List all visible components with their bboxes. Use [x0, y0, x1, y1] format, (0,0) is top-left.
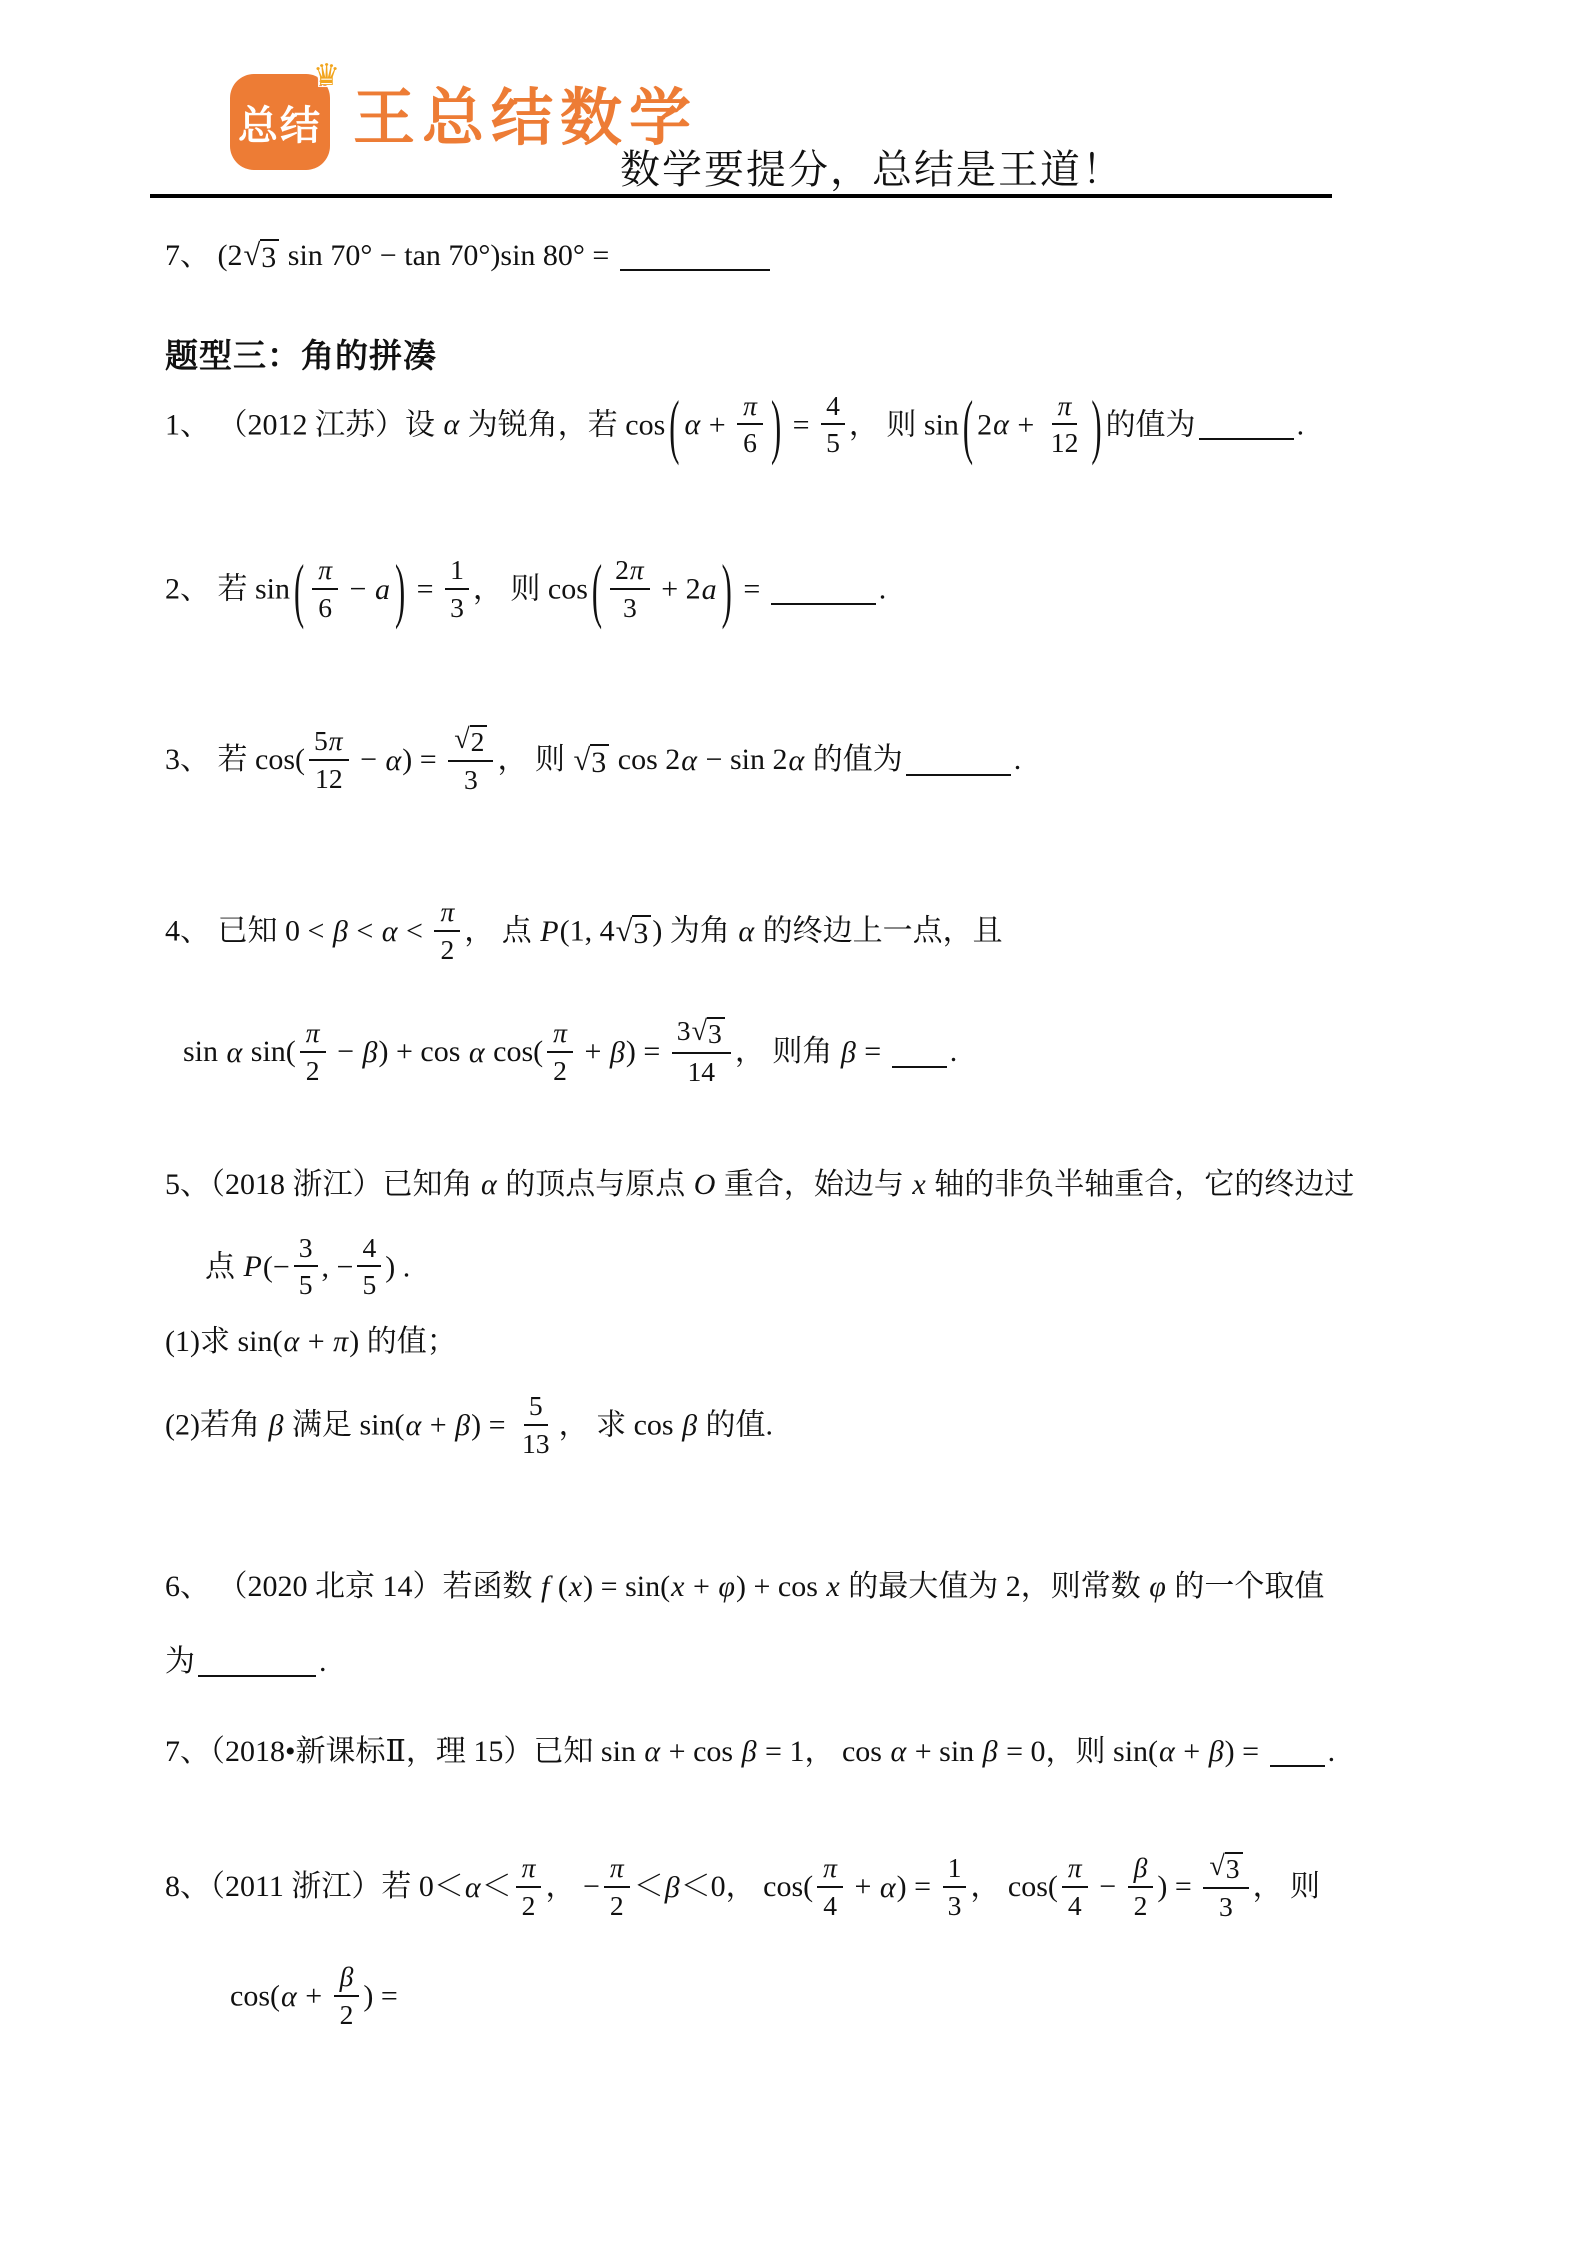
math-variable: α	[468, 1036, 486, 1069]
math-text: +	[1010, 408, 1042, 441]
math-function: sin	[730, 744, 773, 777]
math-text: 3	[450, 592, 464, 623]
math-function: cos	[610, 744, 665, 777]
fraction-denominator: 2	[1129, 1888, 1153, 1922]
math-text: −	[330, 1036, 362, 1069]
math-function: cos	[693, 1735, 741, 1768]
math-text: .	[319, 1645, 327, 1678]
big-paren: (	[294, 556, 304, 628]
radicand: 3	[707, 1017, 725, 1050]
math-text: 的值为	[805, 744, 903, 777]
math-variable: β	[741, 1735, 758, 1768]
math-variable: α	[879, 1871, 897, 1904]
fraction-denominator: 3	[445, 590, 469, 624]
math-text: ， 则	[1253, 1871, 1321, 1904]
math-text: ) 的值；	[349, 1325, 457, 1358]
math-variable: α	[1158, 1735, 1176, 1768]
problem-4-line: sin α sin(π2 − β) + cos α cos(π2 + β) = …	[165, 1018, 1437, 1091]
math-text: 轴的非负半轴重合，它的终边过	[927, 1168, 1355, 1201]
math-variable: β	[362, 1036, 379, 1069]
fraction: π2	[604, 1852, 630, 1921]
math-text: −	[342, 573, 374, 606]
math-variable: β	[1133, 1852, 1149, 1883]
big-paren: )	[395, 556, 405, 628]
math-text: 8、（2011 浙江）若 0＜	[165, 1871, 464, 1904]
math-text: 1	[450, 554, 464, 585]
math-function: sin	[359, 1409, 394, 1442]
fraction-numerator: √2	[448, 723, 493, 762]
problem-7-carryover-line: 7、 (2√3 sin 70° − tan 70°)sin 80° =	[165, 234, 1437, 278]
math-text: ) =	[1225, 1735, 1267, 1768]
math-text: 2	[772, 744, 787, 777]
problem-7-line: 7、（2018•新课标Ⅱ，理 15）已知 sin α + cos β = 1， …	[165, 1730, 1437, 1774]
brand-name: 王总结数学	[353, 88, 698, 150]
math-function: sin	[924, 408, 959, 441]
math-variable: β	[609, 1036, 626, 1069]
math-function: cos	[486, 1036, 534, 1069]
math-variable: π	[305, 1017, 321, 1048]
math-text: ) .	[385, 1250, 410, 1283]
math-text: 满足	[284, 1409, 359, 1442]
math-text: 7、（2018•新课标Ⅱ，理 15）已知	[165, 1735, 601, 1768]
fraction: √33	[1203, 1850, 1248, 1923]
math-function: cos	[255, 744, 295, 777]
math-variable: π	[439, 896, 455, 927]
fraction-numerator: π	[737, 390, 763, 426]
math-text: , −	[322, 1250, 354, 1283]
fraction-numerator: 4	[821, 390, 845, 426]
math-text: ) =	[626, 1036, 668, 1069]
math-variable: P	[243, 1250, 263, 1283]
big-paren: (	[592, 556, 602, 628]
math-variable: π	[609, 1852, 625, 1883]
logo-badge-text: 总结	[238, 94, 322, 151]
problem-3-line: 3、 若 cos(5π12 − α) = √23， 则 √3 cos 2α − …	[165, 726, 1437, 799]
math-text: 4	[823, 1890, 837, 1921]
math-text: 3	[261, 241, 276, 274]
math-variable: β	[681, 1409, 698, 1442]
math-text: 2	[977, 408, 992, 441]
math-text: 80° =	[543, 239, 617, 272]
math-text: 2	[306, 1055, 320, 1086]
math-text: (	[660, 1570, 670, 1603]
radicand: 2	[470, 725, 488, 758]
math-function: cos	[548, 573, 588, 606]
math-text: (	[550, 1570, 568, 1603]
math-text: (	[394, 1409, 404, 1442]
section-heading: 题型三：角的拼凑	[165, 330, 1437, 377]
math-text: (2)若角	[165, 1409, 267, 1442]
fraction-numerator: 5π	[309, 725, 349, 761]
sqrt: √3	[244, 239, 280, 275]
fraction-denominator: 2	[548, 1053, 572, 1087]
math-text: 的值.	[698, 1409, 773, 1442]
problem-5-line: (2)若角 β 满足 sin(α + β) = 513， 求 cos β 的值.	[165, 1393, 1437, 1462]
math-text: 3	[299, 1232, 313, 1263]
math-text: −	[1092, 1871, 1124, 1904]
math-text: ) =	[583, 1570, 625, 1603]
problem-5-line: 5、（2018 浙江）已知角 α 的顶点与原点 O 重合，始边与 x 轴的非负半…	[165, 1163, 1437, 1207]
math-text: ) =	[1157, 1871, 1199, 1904]
math-variable: x	[911, 1168, 926, 1201]
math-text: ， 则	[473, 573, 548, 606]
fraction-denominator: 5	[821, 425, 845, 459]
math-text: 3	[677, 1015, 691, 1046]
fraction-numerator: 5	[524, 1390, 548, 1426]
answer-blank	[1270, 1735, 1325, 1767]
math-text: 2	[553, 1055, 567, 1086]
math-text: +	[685, 1570, 717, 1603]
math-text: ＜0，	[681, 1871, 764, 1904]
math-variable: a	[374, 573, 391, 606]
math-variable: α	[404, 1409, 422, 1442]
math-text: 为锐角，若	[460, 408, 625, 441]
math-text: +	[847, 1871, 879, 1904]
math-variable: O	[693, 1168, 717, 1201]
fraction-numerator: π	[516, 1852, 542, 1888]
math-text: 5	[826, 427, 840, 458]
math-text: +	[701, 408, 733, 441]
math-text: 14	[688, 1056, 716, 1087]
header: ♛ 总结 王总结数学 数学要提分，总结是王道！	[165, 62, 1437, 194]
math-text: 3、 若	[165, 744, 255, 777]
math-text: (	[295, 744, 305, 777]
math-variable: β	[267, 1409, 284, 1442]
math-variable: α	[443, 408, 461, 441]
logo-badge: ♛ 总结	[230, 74, 330, 170]
fraction-denominator: 3	[618, 590, 642, 624]
fraction-denominator: 3	[1214, 1889, 1238, 1923]
problem-4-line: 4、 已知 0 < β < α < π2， 点 P(1, 4√3) 为角 α 的…	[165, 899, 1437, 968]
math-text: + 2	[654, 573, 701, 606]
math-text: ， 则角	[735, 1036, 840, 1069]
math-function: sin	[280, 239, 330, 272]
math-variable: P	[539, 915, 559, 948]
math-text: 70°)	[448, 239, 500, 272]
fraction-denominator: 3	[943, 1888, 967, 1922]
math-function: sin	[255, 573, 290, 606]
math-variable: π	[742, 390, 758, 421]
math-variable: π	[317, 554, 333, 585]
sqrt: √3	[573, 744, 609, 780]
math-function: sin	[939, 1735, 982, 1768]
problem-5-line: (1)求 sin(α + π) 的值；	[165, 1320, 1437, 1364]
fraction-numerator: 3√3	[672, 1015, 731, 1054]
math-text: ) 为角	[652, 915, 737, 948]
math-variable: φ	[1148, 1570, 1167, 1603]
math-text: (1)求	[165, 1325, 237, 1358]
fraction-numerator: 1	[943, 1852, 967, 1888]
math-text: ，	[970, 1871, 1008, 1904]
math-text: (	[273, 1325, 283, 1358]
math-variable: π	[332, 1325, 349, 1358]
math-text: 3	[591, 746, 606, 779]
math-text: =	[857, 1036, 889, 1069]
math-variable: π	[1057, 390, 1073, 421]
math-text: +	[661, 1735, 693, 1768]
math-variable: α	[280, 1980, 298, 2013]
math-function: sin	[237, 1325, 272, 1358]
radical-icon: √	[454, 725, 469, 755]
fraction-denominator: 13	[517, 1426, 555, 1460]
math-text: +	[1176, 1735, 1208, 1768]
math-text: =	[409, 573, 441, 606]
math-text: (	[1148, 1735, 1158, 1768]
fraction-numerator: π	[604, 1852, 630, 1888]
math-text: <	[399, 915, 431, 948]
math-variable: α	[889, 1735, 907, 1768]
math-function: cos	[842, 1735, 890, 1768]
fraction-denominator: 5	[357, 1267, 381, 1301]
math-text: =	[785, 408, 817, 441]
fraction: 45	[357, 1232, 381, 1301]
math-variable: α	[787, 744, 805, 777]
math-text: = 0，则	[999, 1735, 1113, 1768]
sqrt: √2	[454, 725, 487, 758]
math-text: ) =	[471, 1409, 513, 1442]
crown-icon: ♛	[313, 58, 340, 93]
fraction-denominator: 4	[818, 1888, 842, 1922]
math-text: 1、 （2012 江苏）设	[165, 408, 443, 441]
math-text: 2	[471, 726, 485, 757]
big-paren: )	[771, 391, 781, 463]
math-text: +	[577, 1036, 609, 1069]
math-text: +	[298, 1980, 330, 2013]
math-text: .	[950, 1036, 958, 1069]
fraction: √23	[448, 723, 493, 796]
math-text: 12	[1051, 427, 1079, 458]
math-text: 4	[1068, 1890, 1082, 1921]
math-text: 7、 (2	[165, 239, 243, 272]
radical-icon: √	[616, 915, 633, 947]
radicand: 3	[260, 239, 279, 275]
math-text: 3	[1219, 1891, 1233, 1922]
math-variable: x	[670, 1570, 685, 1603]
math-variable: β	[664, 1871, 681, 1904]
math-text: 2、 若	[165, 573, 255, 606]
math-text: 的顶点与原点	[498, 1168, 693, 1201]
problem-1-line: 1、 （2012 江苏）设 α 为锐角，若 cos(α + π6) = 45， …	[165, 393, 1437, 462]
math-variable: α	[385, 744, 403, 777]
math-text: (	[533, 1036, 543, 1069]
math-variable: α	[283, 1325, 301, 1358]
math-variable: β	[454, 1409, 471, 1442]
fraction-numerator: π	[300, 1017, 326, 1053]
fraction-denominator: 2	[435, 932, 459, 966]
math-variable: β	[339, 1961, 355, 1992]
tagline: 数学要提分，总结是王道！	[620, 150, 1124, 190]
math-text: ) +	[378, 1036, 420, 1069]
math-variable: α	[683, 408, 701, 441]
math-variable: π	[822, 1852, 838, 1883]
fraction: π4	[1062, 1852, 1088, 1921]
math-text: 3	[633, 917, 648, 950]
math-function: sin	[625, 1570, 660, 1603]
math-text: −	[698, 744, 730, 777]
math-function: cos	[420, 1036, 468, 1069]
math-text: .	[1014, 744, 1022, 777]
math-text: ， 则	[849, 408, 924, 441]
math-function: tan	[404, 239, 448, 272]
math-text: ) =	[363, 1980, 397, 2013]
math-text: 6	[743, 427, 757, 458]
fraction-numerator: √3	[1203, 1850, 1248, 1889]
fraction-numerator: 2π	[610, 554, 650, 590]
fraction: β2	[1128, 1852, 1154, 1921]
math-function: cos	[778, 1570, 826, 1603]
big-paren: (	[963, 391, 973, 463]
math-text: 6、 （2020 北京 14）若函数	[165, 1570, 540, 1603]
answer-blank	[198, 1646, 316, 1678]
big-paren: (	[669, 391, 679, 463]
sqrt: √3	[692, 1017, 725, 1050]
math-variable: α	[680, 744, 698, 777]
math-variable: x	[568, 1570, 583, 1603]
math-text: 的一个取值	[1167, 1570, 1325, 1603]
math-text: 3	[464, 764, 478, 795]
math-function: sin	[601, 1735, 644, 1768]
math-variable: β	[1208, 1735, 1225, 1768]
math-function: cos	[625, 408, 665, 441]
fraction-numerator: π	[434, 896, 460, 932]
math-text: +	[422, 1409, 454, 1442]
math-variable: x	[825, 1570, 840, 1603]
fraction-denominator: 12	[310, 761, 348, 795]
fraction: 513	[517, 1390, 555, 1459]
worksheet-page: ♛ 总结 王总结数学 数学要提分，总结是王道！ 7、 (2√3 sin 70° …	[0, 0, 1587, 2245]
answer-blank	[1199, 409, 1294, 441]
math-text: (1, 4	[560, 915, 615, 948]
fraction: π6	[737, 390, 763, 459]
math-text: (−	[263, 1250, 290, 1283]
math-text: ＜	[634, 1871, 664, 1904]
math-text: 的终边上一点，且	[755, 915, 1003, 948]
fraction-numerator: 3	[294, 1232, 318, 1268]
fraction-denominator: 2	[335, 1997, 359, 2031]
problem-list: 7、 (2√3 sin 70° − tan 70°)sin 80° = 题型三：…	[165, 234, 1437, 2033]
math-text: 4	[362, 1232, 376, 1263]
math-text: 点	[205, 1250, 243, 1283]
problem-6-line: 6、 （2020 北京 14）若函数 f (x) = sin(x + φ) + …	[165, 1565, 1437, 1609]
math-variable: π	[552, 1017, 568, 1048]
fraction-denominator: 2	[605, 1888, 629, 1922]
fraction-numerator: β	[334, 1961, 360, 1997]
answer-blank	[892, 1036, 947, 1068]
fraction: β2	[334, 1961, 360, 2030]
math-text: 5	[362, 1269, 376, 1300]
math-text: (	[1048, 1871, 1058, 1904]
fraction: 13	[943, 1852, 967, 1921]
math-variable: β	[982, 1735, 999, 1768]
problem-6-line: 为.	[165, 1640, 1437, 1684]
fraction: π2	[300, 1017, 326, 1086]
math-text: 3	[1226, 1853, 1240, 1884]
fraction-denominator: 4	[1063, 1888, 1087, 1922]
radical-icon: √	[244, 239, 261, 271]
math-variable: α	[643, 1735, 661, 1768]
math-variable: α	[480, 1168, 498, 1201]
math-text: 5、（2018 浙江）已知角	[165, 1168, 480, 1201]
answer-blank	[771, 573, 876, 605]
math-variable: α	[464, 1871, 482, 1904]
fraction-numerator: π	[547, 1017, 573, 1053]
math-text: ) =	[402, 744, 444, 777]
fraction: π6	[312, 554, 338, 623]
math-text: 70° −	[330, 239, 404, 272]
math-text: +	[300, 1325, 332, 1358]
math-text: 重合，始边与	[716, 1168, 911, 1201]
problem-5-line: 点 P(−35, −45) .	[165, 1235, 1437, 1304]
math-text: 2	[1134, 1890, 1148, 1921]
radical-icon: √	[573, 744, 590, 776]
math-function: sin	[243, 1036, 286, 1069]
fraction-denominator: 2	[517, 1888, 541, 1922]
fraction-denominator: 14	[683, 1054, 721, 1088]
math-text: 4、 已知 0 <	[165, 915, 332, 948]
fraction-numerator: 1	[445, 554, 469, 590]
math-text: 的最大值为 2，则常数	[841, 1570, 1149, 1603]
math-variable: α	[992, 408, 1010, 441]
fraction-denominator: 5	[294, 1267, 318, 1301]
sqrt: √3	[1209, 1852, 1242, 1885]
math-function: cos	[634, 1409, 682, 1442]
math-function: sin	[500, 239, 543, 272]
fraction-numerator: 4	[357, 1232, 381, 1268]
math-function: cos	[230, 1980, 270, 2013]
math-text: 为	[165, 1645, 195, 1678]
math-text: = 1，	[758, 1735, 842, 1768]
radical-icon: √	[1209, 1852, 1224, 1882]
math-function: sin	[1113, 1735, 1148, 1768]
fraction-denominator: 6	[738, 425, 762, 459]
math-text: 6	[318, 592, 332, 623]
fraction-numerator: π	[1052, 390, 1078, 426]
math-variable: f	[540, 1570, 550, 1603]
math-text: 5	[529, 1390, 543, 1421]
fraction: 3√314	[672, 1015, 731, 1088]
math-text: 4	[826, 390, 840, 421]
math-text: 5	[299, 1269, 313, 1300]
math-text: =	[736, 573, 768, 606]
fraction-numerator: β	[1128, 1852, 1154, 1888]
math-variable: a	[701, 573, 718, 606]
math-variable: π	[521, 1852, 537, 1883]
math-text: 2	[665, 744, 680, 777]
answer-blank	[620, 240, 770, 272]
fraction: 5π12	[309, 725, 349, 794]
math-text: .	[1328, 1735, 1336, 1768]
math-text: 5	[314, 725, 328, 756]
fraction-numerator: π	[817, 1852, 843, 1888]
math-text: <	[349, 915, 381, 948]
math-text: 3	[623, 592, 637, 623]
problem-8-line: 8、（2011 浙江）若 0＜α＜π2， −π2＜β＜0， cos(π4 + α…	[165, 1853, 1437, 1926]
math-text: 13	[522, 1428, 550, 1459]
fraction: π2	[434, 896, 460, 965]
math-text: (	[803, 1871, 813, 1904]
fraction-numerator: π	[1062, 1852, 1088, 1888]
math-text: 2	[340, 1999, 354, 2030]
math-variable: α	[226, 1036, 244, 1069]
math-variable: φ	[717, 1570, 736, 1603]
big-paren: )	[1091, 391, 1101, 463]
math-function: cos	[1008, 1871, 1048, 1904]
fraction: π2	[547, 1017, 573, 1086]
radicand: 3	[632, 915, 651, 951]
problem-8-line: cos(α + β2) =	[165, 1964, 1437, 2033]
math-text: +	[907, 1735, 939, 1768]
fraction: π4	[817, 1852, 843, 1921]
